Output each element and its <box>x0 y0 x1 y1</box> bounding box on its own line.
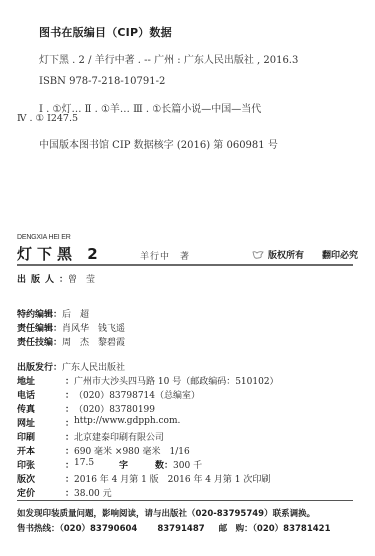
hotline-label: 售书热线： <box>17 524 60 534</box>
value: 曾 莹 <box>68 272 95 285</box>
website-link[interactable]: http://www.gdpph.com. <box>74 416 180 429</box>
colophon-price: 定价：38.00 元 <box>17 486 112 499</box>
cip-classification-2: Ⅳ . ① I247.5 <box>17 113 78 124</box>
colophon-sheets: 印张：17.5 字数：300 千 <box>17 458 202 471</box>
sales-hotline: 售书热线：（020）8379060483791487邮 购：（020）83781… <box>17 522 330 534</box>
cip-approval-number: 中国版本图书馆 CIP 数据核字 (2016) 第 060981 号 <box>39 136 278 151</box>
value: 690 毫米 ×980 毫米 1/16 <box>74 444 190 457</box>
value: （020）83780199 <box>74 402 155 415</box>
mail-order-phone: （020）83781421 <box>253 524 331 534</box>
hotline-phone-1: （020）83790604 <box>60 524 138 534</box>
divider <box>17 500 353 501</box>
quality-notice: 如发现印装质量问题，影响阅读，请与出版社（020-83795749）联系调换。 <box>17 507 315 519</box>
label: 特约编辑 <box>17 307 53 320</box>
word-count-label: 字数 <box>119 458 164 471</box>
colophon-format: 开本：690 毫米 ×980 毫米 1/16 <box>17 444 190 457</box>
colophon-technical-editor: 责任技编：周 杰 黎碧霞 <box>17 335 125 348</box>
label: 电话 <box>17 388 65 401</box>
book-title: 灯下黑 2 <box>17 243 103 264</box>
value: （020）83798714（总编室） <box>74 388 200 401</box>
hotline-phone-2: 83791487 <box>157 524 204 534</box>
cip-heading: 图书在版编目（CIP）数据 <box>39 24 172 40</box>
label: 印张 <box>17 458 65 471</box>
colophon-publisher: 出版人：曾 莹 <box>17 272 95 285</box>
mail-order-label: 邮 购： <box>219 524 253 534</box>
label: 责任技编 <box>17 335 53 348</box>
label: 出版人 <box>17 272 59 285</box>
copyright-notice: 版权所有 翻印必究 <box>252 248 358 261</box>
label: 版次 <box>17 472 65 485</box>
label: 传真 <box>17 402 65 415</box>
colophon-distributor: 出版发行：广东人民出版社 <box>17 360 125 373</box>
value: 38.00 元 <box>74 486 112 499</box>
value: 广东人民出版社 <box>62 360 125 373</box>
book-pinyin: DENGXIA HEI ER <box>17 234 71 241</box>
value: 周 杰 黎碧霞 <box>62 335 125 348</box>
label: 网址 <box>17 416 65 429</box>
colophon-edition: 版次：2016 年 4 月第 1 版 2016 年 4 月第 1 次印刷 <box>17 472 270 485</box>
colophon-phone: 电话：（020）83798714（总编室） <box>17 388 200 401</box>
value: 广州市大沙头四马路 10 号（邮政编码：510102） <box>74 374 279 387</box>
rights-reserved: 版权所有 <box>268 248 304 261</box>
value: 北京建泰印刷有限公司 <box>74 430 164 443</box>
label: 出版发行 <box>17 360 53 373</box>
seal-icon <box>252 250 264 260</box>
value: 2016 年 4 月第 1 版 2016 年 4 月第 1 次印刷 <box>74 472 270 485</box>
colophon-special-editor: 特约编辑：后 超 <box>17 307 89 320</box>
label: 责任编辑 <box>17 321 53 334</box>
book-author: 羊行中 著 <box>140 249 190 262</box>
value: 肖风华 钱飞遥 <box>62 321 125 334</box>
value: 后 超 <box>62 307 89 320</box>
value: 17.5 <box>74 458 119 471</box>
colophon-address: 地址：广州市大沙头四马路 10 号（邮政编码：510102） <box>17 374 279 387</box>
colophon-responsible-editor: 责任编辑：肖风华 钱飞遥 <box>17 321 125 334</box>
label: 定价 <box>17 486 65 499</box>
colophon-fax: 传真：（020）83780199 <box>17 402 155 415</box>
no-reprint: 翻印必究 <box>322 248 358 261</box>
colophon-website: 网址：http://www.gdpph.com. <box>17 416 180 429</box>
label: 印刷 <box>17 430 65 443</box>
label: 地址 <box>17 374 65 387</box>
cip-title-line: 灯下黑 . 2 / 羊行中著 . -- 广州 : 广东人民出版社 , 2016.… <box>39 51 298 66</box>
divider <box>17 264 353 266</box>
colophon-printer: 印刷：北京建泰印刷有限公司 <box>17 430 164 443</box>
label: 开本 <box>17 444 65 457</box>
word-count-value: 300 千 <box>173 458 202 471</box>
cip-isbn: ISBN 978-7-218-10791-2 <box>39 76 165 87</box>
